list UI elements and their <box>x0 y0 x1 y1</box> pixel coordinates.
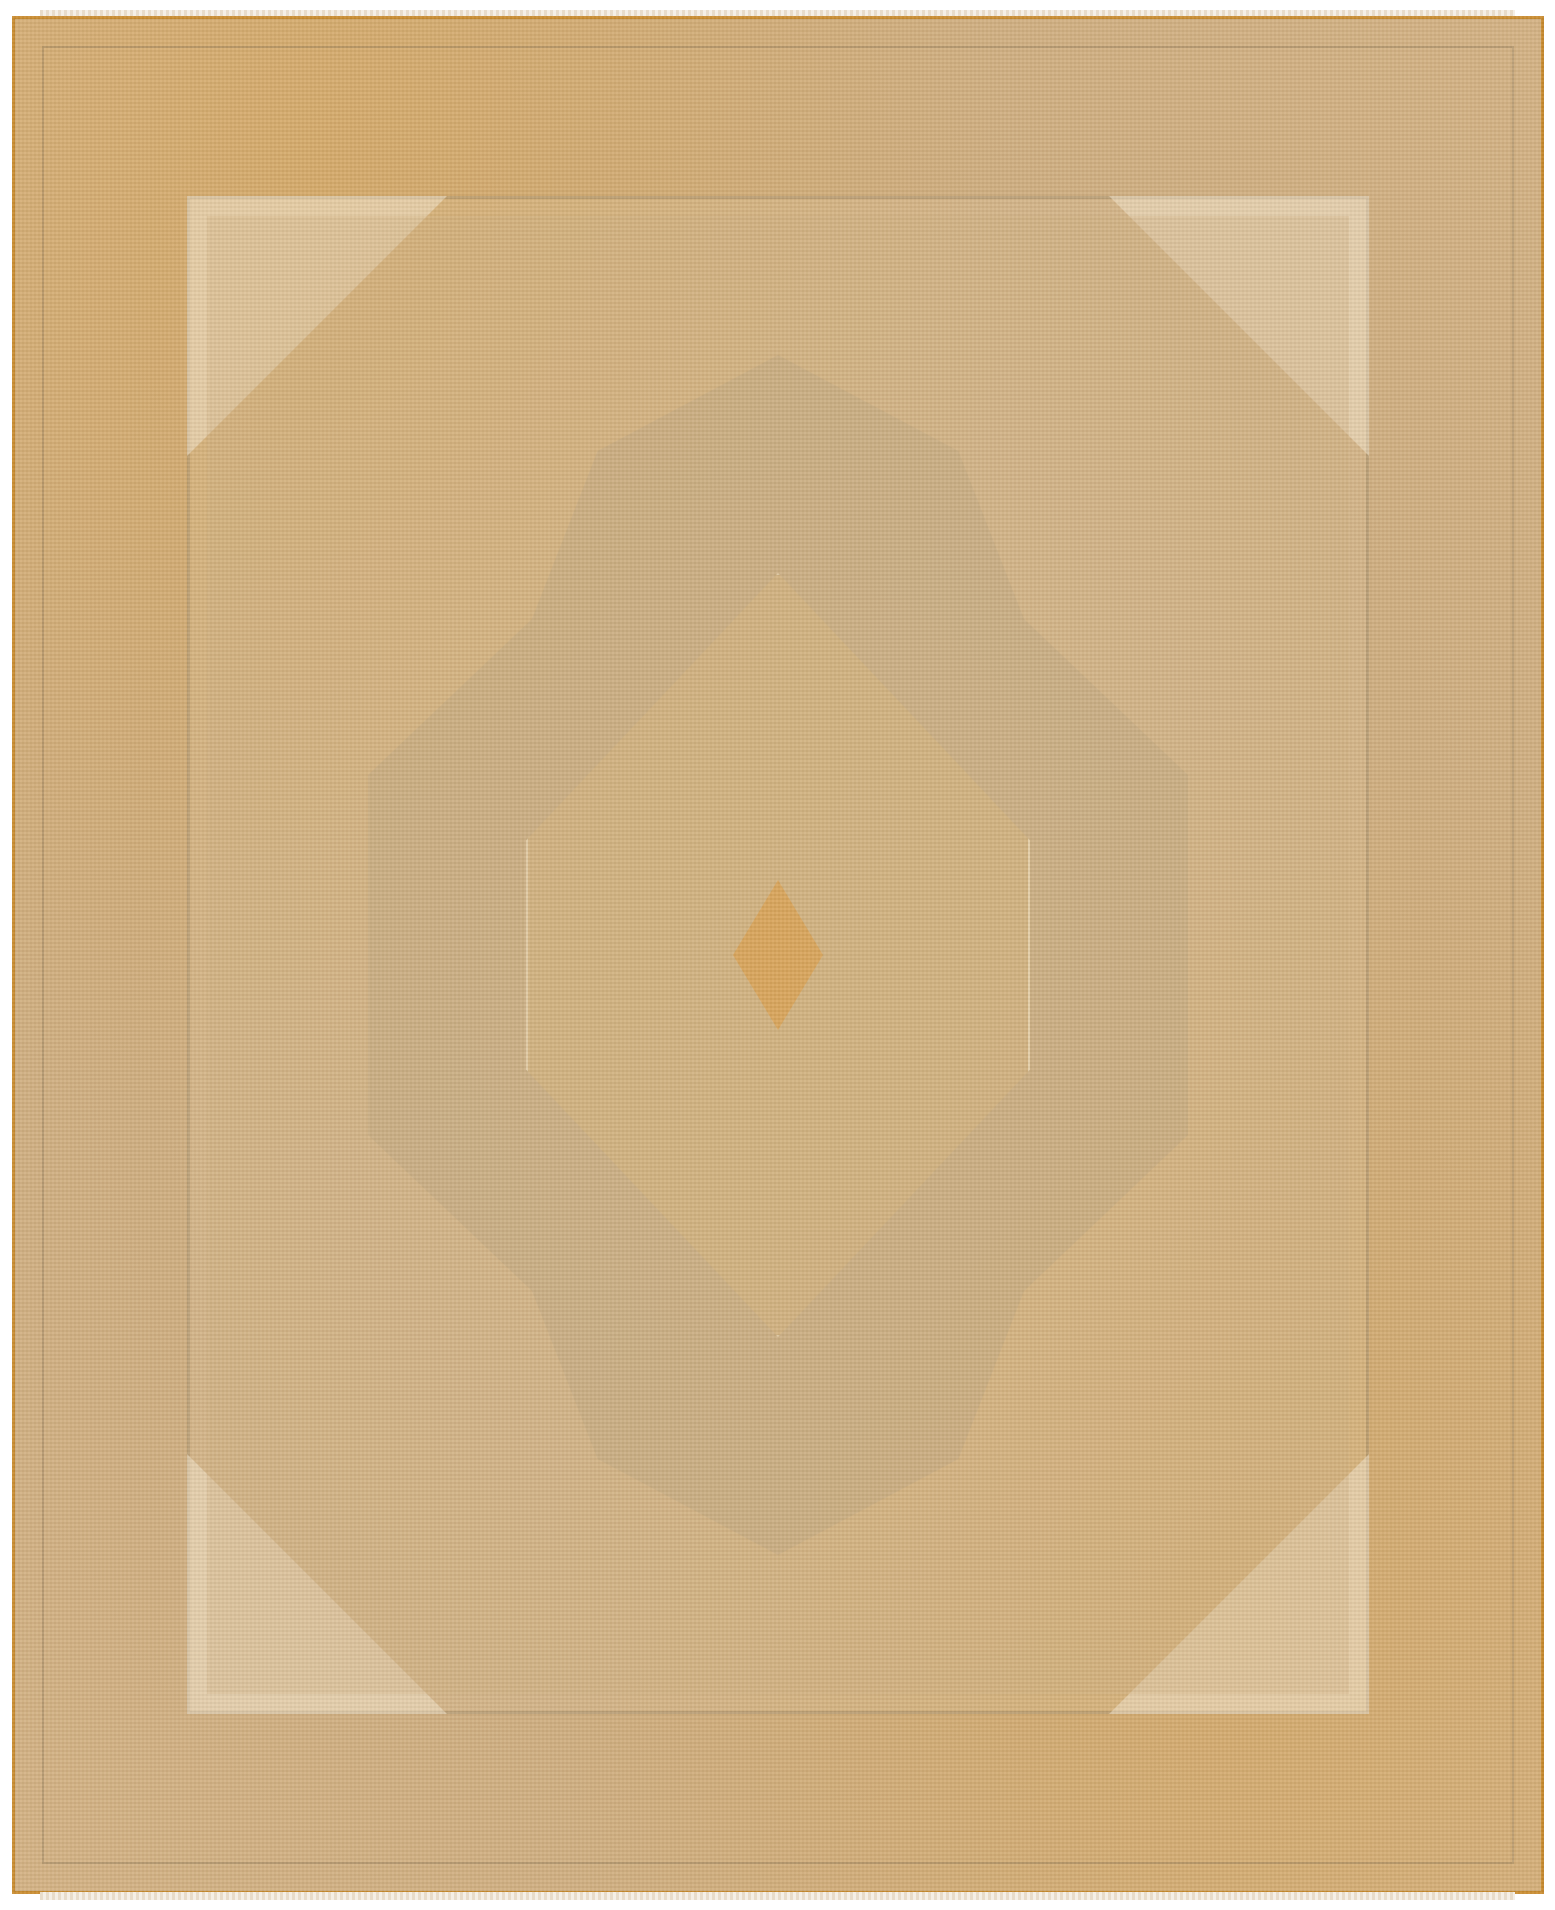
rug-inner-border <box>187 196 1369 1714</box>
rug-medallion <box>368 355 1188 1555</box>
rug-medallion-inner <box>526 573 1030 1337</box>
rug <box>12 16 1544 1894</box>
rug-corner-top-right <box>1109 196 1369 456</box>
rug-center-diamond <box>733 880 823 1030</box>
rug-outer-border <box>42 46 1514 1864</box>
rug-field <box>207 216 1349 1694</box>
rug-fringe-bottom <box>40 1892 1515 1900</box>
rug-corner-bottom-left <box>187 1454 447 1714</box>
rug-corner-top-left <box>187 196 447 456</box>
rug-corner-bottom-right <box>1109 1454 1369 1714</box>
